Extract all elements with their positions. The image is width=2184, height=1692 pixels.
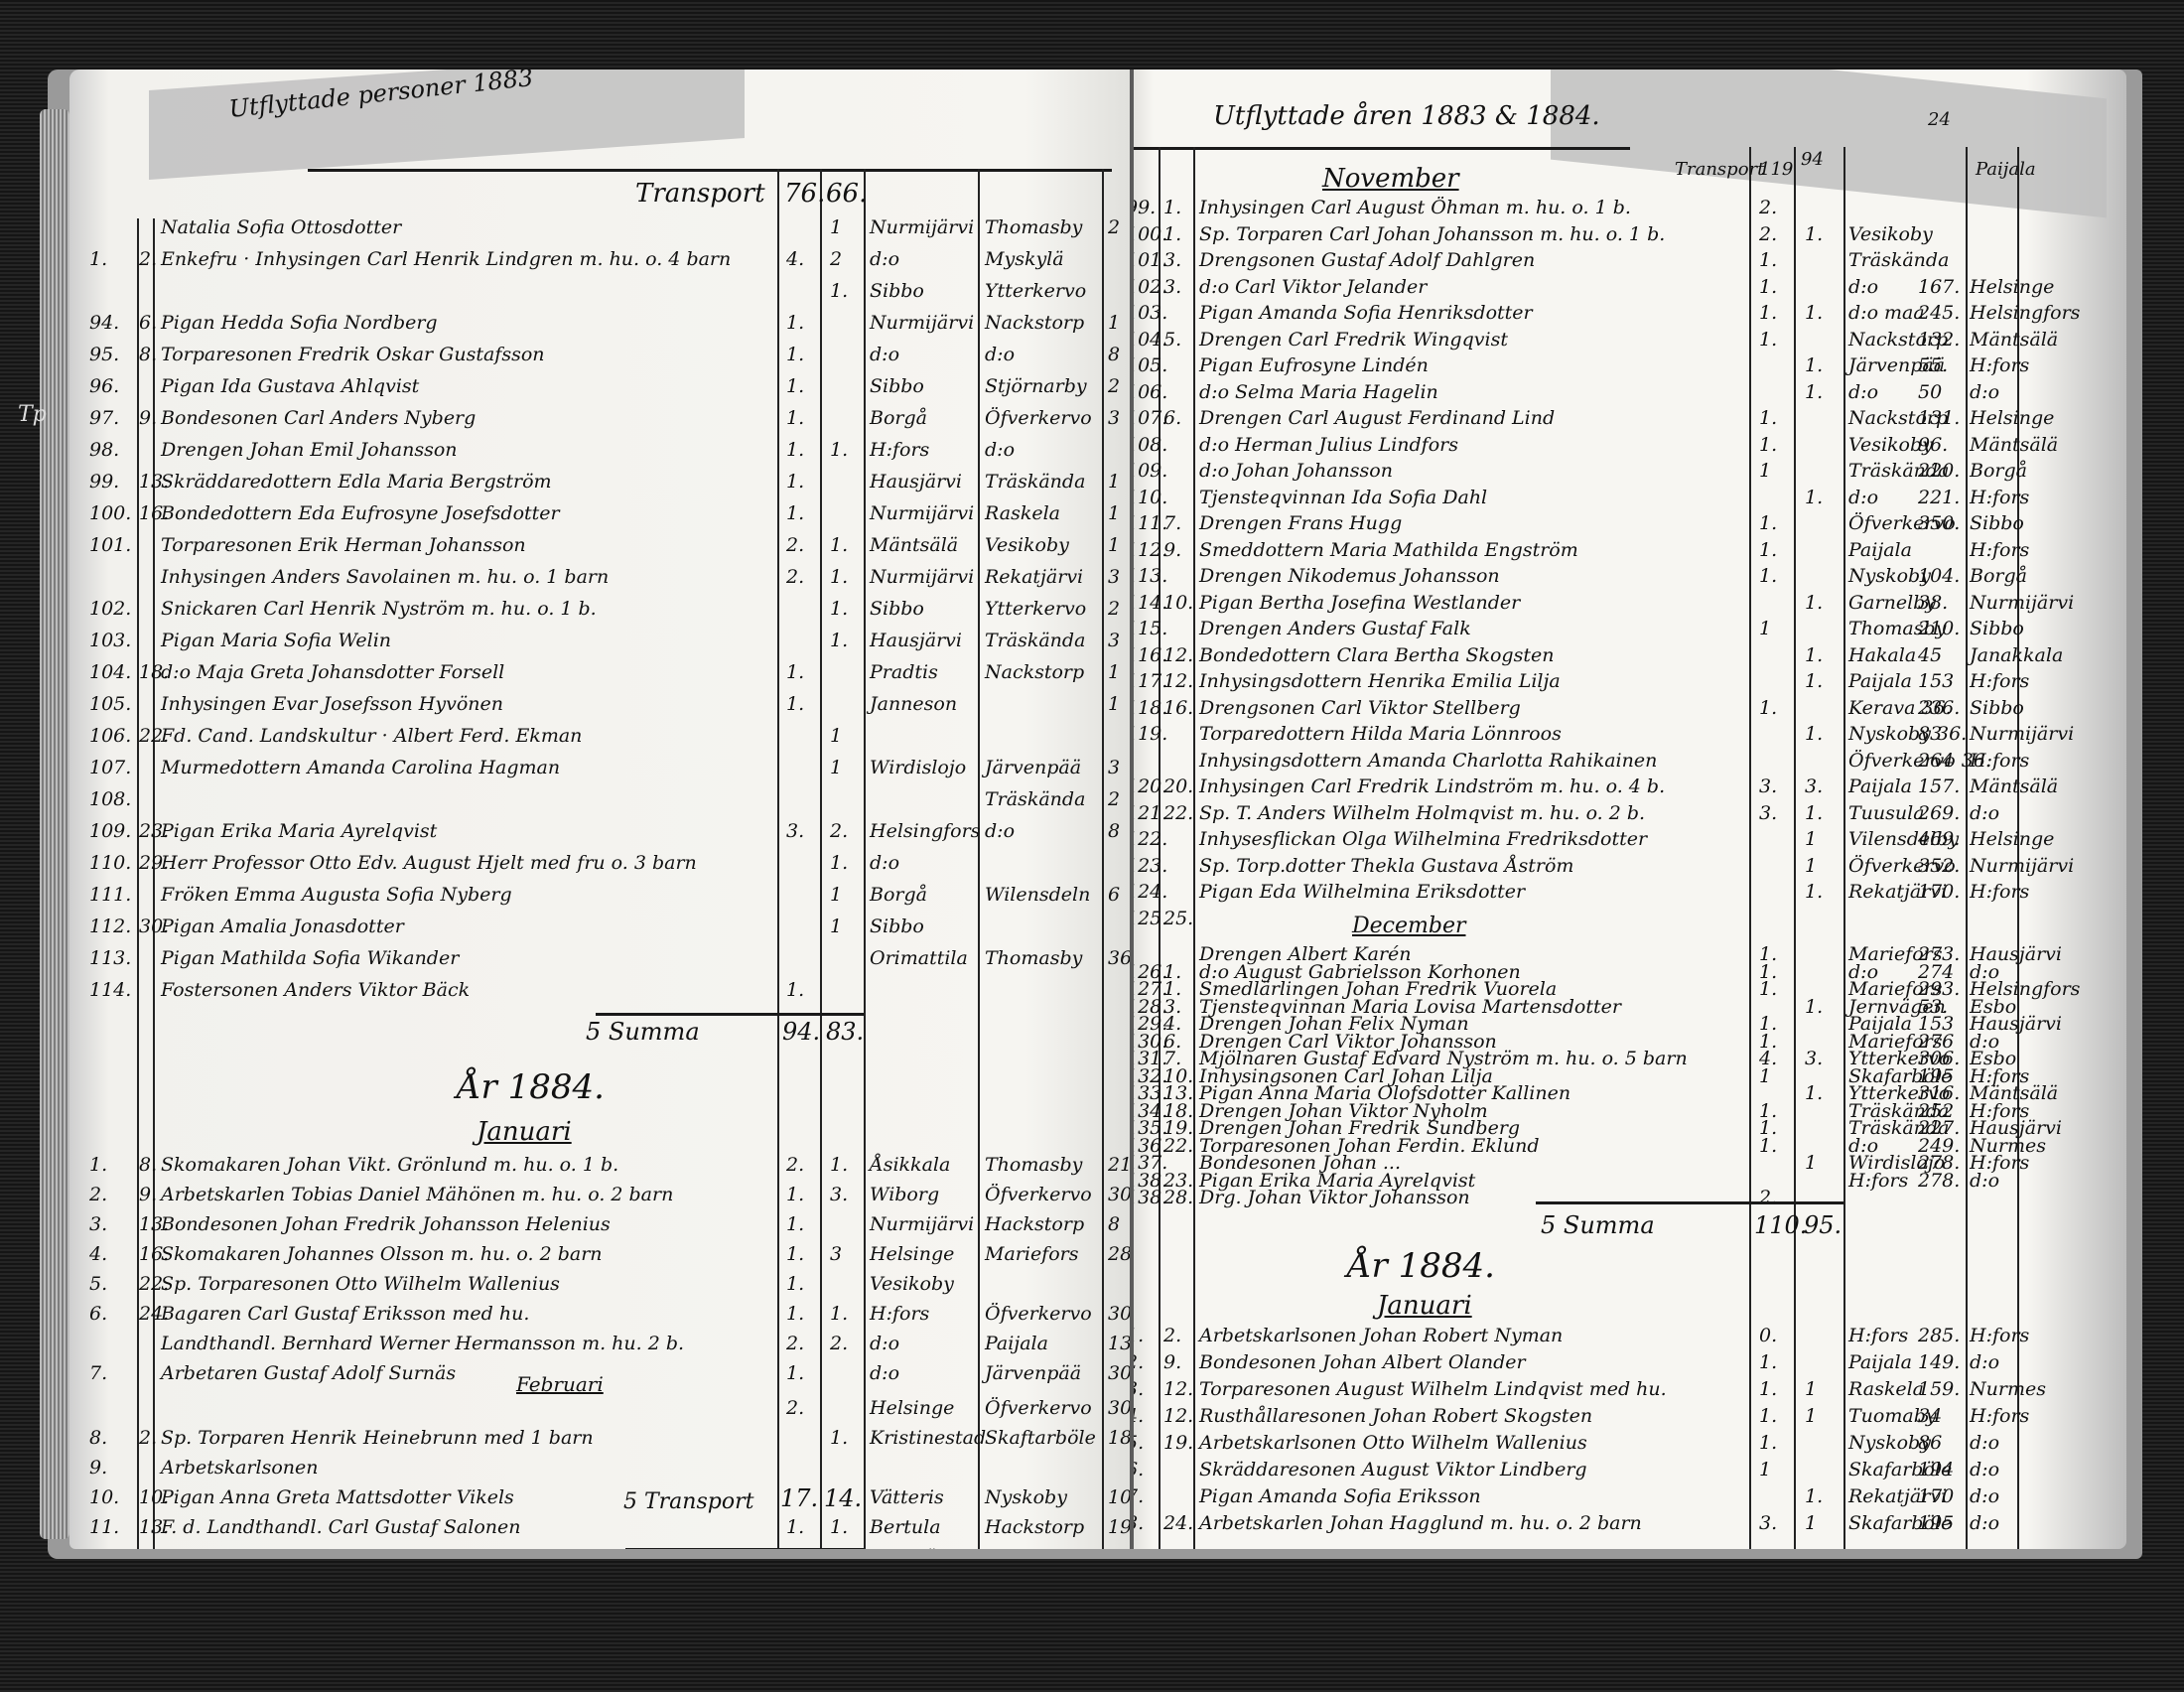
summa-col1: 110. <box>1754 1211 1807 1239</box>
ledger-row: 109.23.Pigan Erika Maria Ayrelqvist3.2.H… <box>69 818 1132 850</box>
entry-number: 122. <box>1134 828 1167 850</box>
page-title: Utflyttade åren 1883 & 1884. <box>1213 101 1600 131</box>
count-col2: 1 <box>1805 1405 1817 1427</box>
entry-from-parish: Orimattila <box>870 947 968 969</box>
transport-col2: 94 <box>1801 149 1824 170</box>
entry-to-parish: Järvenpää <box>985 1362 1081 1384</box>
count-col1: 3. <box>1759 802 1777 824</box>
entry-ref: 30 <box>1108 1362 1132 1384</box>
ledger-row: 3.13.Bondesonen Johan Fredrik Johansson … <box>69 1211 1132 1243</box>
entry-day: 22. <box>1163 802 1193 824</box>
entry-ref: 153 <box>1918 670 1954 692</box>
entry-name: Skomakaren Johannes Olsson m. hu. o. 2 b… <box>161 1243 603 1265</box>
entry-to-parish: H:fors <box>1970 1325 2029 1346</box>
year-heading: År 1884. <box>457 1067 605 1107</box>
entry-from-parish: Nurmijärvi <box>870 566 974 588</box>
count-col2: 1. <box>830 630 848 651</box>
entry-number: 3. <box>1134 1378 1144 1400</box>
entry-number: 107. <box>89 757 131 778</box>
entry-name: Arbetskarlen Johan Hagglund m. hu. o. 2 … <box>1199 1512 1642 1534</box>
count-col2: 1. <box>830 566 848 588</box>
entry-name: Drengen Johan Emil Johansson <box>161 439 458 461</box>
entry-to-parish: Sibbo <box>1970 618 2024 639</box>
entry-ref: 1 <box>1108 661 1120 683</box>
entry-from-parish: Träskända <box>1848 249 1949 271</box>
count-col1: 1. <box>786 502 804 524</box>
entry-from-parish: d:o <box>870 248 899 270</box>
count-col2: 1. <box>830 598 848 620</box>
entry-name: Skräddaresonen August Viktor Lindberg <box>1199 1459 1587 1480</box>
entry-to-parish: Ytterkervo <box>985 280 1086 302</box>
count-col1: 1. <box>786 1516 804 1538</box>
entry-ref: 195 <box>1918 1512 1954 1534</box>
entry-day: 2. <box>139 248 157 270</box>
count-col1: 1. <box>786 407 804 429</box>
entry-name: Bagaren Carl Gustaf Eriksson med hu. <box>161 1303 529 1325</box>
entry-ref: 1 <box>1108 693 1120 715</box>
summa-label: 5 Summa <box>1541 1211 1655 1239</box>
entry-to-parish: Nackstorp <box>985 312 1084 334</box>
entry-ref: 1 <box>1108 312 1120 334</box>
entry-day: 3. <box>1163 249 1181 271</box>
entry-number: 101. <box>89 534 131 556</box>
ledger-row: 99.13.Skräddaredottern Edla Maria Bergst… <box>69 469 1132 500</box>
entry-name: Inhysingen Carl Fredrik Lindström m. hu.… <box>1199 775 1665 797</box>
count-col1: 2. <box>786 1397 804 1419</box>
entry-number: 5. <box>1134 1432 1144 1454</box>
ledger-row: 95.8.Torparesonen Fredrik Oskar Gustafss… <box>69 342 1132 373</box>
entry-ref: 269. <box>1918 802 1960 824</box>
entry-to-parish: d:o <box>1970 1351 1999 1373</box>
entry-name: Torparesonen Erik Herman Johansson <box>161 534 526 556</box>
count-col1: 1. <box>786 439 804 461</box>
entry-name: Arbetskarlen Tobias Daniel Mähönen m. hu… <box>161 1184 673 1205</box>
ledger-row: Landthandl. Bernhard Werner Hermansson m… <box>69 1331 1132 1362</box>
transport-col1: 76. <box>784 179 825 209</box>
entry-number: 100. <box>89 502 131 524</box>
entry-number: 99. <box>1134 197 1156 218</box>
count-col1: 1. <box>786 1303 804 1325</box>
entry-to-parish: Janakkala <box>1970 644 2063 666</box>
entry-number: 8. <box>89 1427 107 1449</box>
entry-day: 12. <box>1163 1405 1193 1427</box>
ledger-row: 100.16.Bondedottern Eda Eufrosyne Josefs… <box>69 500 1132 532</box>
entry-name: d:o Selma Maria Hagelin <box>1199 381 1438 403</box>
entry-to-parish: Wilensdeln <box>985 884 1090 906</box>
entry-number: 114. <box>89 979 131 1001</box>
entry-ref: 469. <box>1918 828 1960 850</box>
entry-to-parish: Sibbo <box>1970 512 2024 534</box>
entry-ref: 352. <box>1918 855 1960 877</box>
entry-ref: 21 <box>1108 1154 1132 1176</box>
count-col1: 1. <box>1759 1378 1777 1400</box>
count-col1: 4. <box>786 248 804 270</box>
entry-day: 12. <box>1163 670 1193 692</box>
page-edges <box>40 109 69 1539</box>
entry-from-parish: Hausjärvi <box>870 471 962 493</box>
count-col1: 1. <box>1759 565 1777 587</box>
entry-to-parish: d:o <box>1970 381 1999 403</box>
entry-name: Pigan Bertha Josefina Westlander <box>1199 592 1520 614</box>
ledger-row: 104.18.d:o Maja Greta Johansdotter Forse… <box>69 659 1132 691</box>
entry-name: Natalia Sofia Ottosdotter <box>161 216 401 238</box>
count-col1: 1. <box>1759 249 1777 271</box>
transport-label: Transport <box>1675 159 1764 180</box>
entry-day: 1. <box>1163 223 1181 245</box>
entry-number: 96. <box>89 375 119 397</box>
entry-name: Pigan Ida Gustava Ahlqvist <box>161 375 419 397</box>
ledger-row: 12.22.Torparedottern Maria Christina Joe… <box>69 1544 1132 1549</box>
ledger-row: 112.30.Pigan Amalia Jonasdotter1Sibbo <box>69 914 1132 945</box>
entry-to-parish: Mäntsälä <box>1970 329 2058 351</box>
ledger-row: 4.16.Skomakaren Johannes Olsson m. hu. o… <box>69 1241 1132 1273</box>
entry-from-parish: Sibbo <box>870 375 924 397</box>
count-col2: 1 <box>1805 855 1817 877</box>
entry-number: 110. <box>1134 487 1167 508</box>
count-col1: 1 <box>1759 1459 1771 1480</box>
entry-name: Arbetaren Gustaf Adolf Surnäs <box>161 1362 456 1384</box>
count-col1: 3. <box>1759 775 1777 797</box>
entry-name: Inhysingsdottern Amanda Charlotta Rahika… <box>1199 750 1657 772</box>
summa-col2: 95. <box>1804 1211 1842 1239</box>
entry-name: Pigan Amanda Sofia Eriksson <box>1199 1485 1481 1507</box>
entry-name: Skräddaredottern Edla Maria Bergström <box>161 471 552 493</box>
entry-number: 109. <box>1134 460 1167 482</box>
entry-to-parish: Vesikoby <box>985 534 1069 556</box>
entry-from-parish: Nurmijärvi <box>870 312 974 334</box>
count-col2: 1. <box>830 439 848 461</box>
entry-day: 8. <box>139 1154 157 1176</box>
entry-name: Fröken Emma Augusta Sofia Nyberg <box>161 884 512 906</box>
count-col2: 3. <box>1805 775 1823 797</box>
entry-from-parish: Borgå <box>870 407 927 429</box>
entry-from-parish: Borgå <box>870 884 927 906</box>
entry-from-parish: Nurmijärvi <box>870 216 974 238</box>
entry-to-parish: H:fors <box>1970 354 2029 376</box>
count-col1: 1. <box>1759 434 1777 456</box>
count-col1: 1. <box>1759 407 1777 429</box>
count-col1: 1. <box>1759 302 1777 324</box>
count-col2: 1. <box>1805 302 1823 324</box>
count-col1: 1. <box>786 471 804 493</box>
count-col1: 1. <box>1759 539 1777 561</box>
entry-ref: 86 <box>1918 1432 1942 1454</box>
ledger-row: Natalia Sofia Ottosdotter1NurmijärviThom… <box>69 214 1132 246</box>
entry-from-parish: Kristinestad <box>870 1427 986 1449</box>
count-col2: 1. <box>1805 487 1823 508</box>
month-february: Februari <box>516 1372 604 1396</box>
entry-name: d:o Herman Julius Lindfors <box>1199 434 1458 456</box>
ledger-row: 125.25. <box>1134 906 2126 937</box>
entry-to-parish: Helsinge <box>1970 276 2054 298</box>
entry-number: 113. <box>89 947 131 969</box>
ledger-row: 1.SibboYtterkervo <box>69 278 1132 310</box>
entry-from-parish: Janneson <box>870 693 957 715</box>
summa-rule <box>1536 1201 1843 1204</box>
entry-ref: 149. <box>1918 1351 1960 1373</box>
entry-ref: 236. <box>1918 697 1960 719</box>
count-col2: 1. <box>830 1516 848 1538</box>
summa-col1: 94. <box>782 1018 820 1046</box>
entry-name: Torparedottern Hilda Maria Lönnroos <box>1199 723 1562 745</box>
count-col2: 1. <box>1805 381 1823 403</box>
entry-ref: 2 <box>1108 216 1120 238</box>
entry-name: Smeddottern Maria Mathilda Engström <box>1199 539 1578 561</box>
entry-from-parish: d:o <box>1848 276 1878 298</box>
entry-to-parish: H:fors <box>1970 670 2029 692</box>
entry-ref: 170 <box>1918 1485 1954 1507</box>
entry-from-parish: d:o <box>1848 381 1878 403</box>
entry-name: Pigan Erika Maria Ayrelqvist <box>161 820 437 842</box>
entry-to-parish: Mariefors <box>985 1243 1079 1265</box>
entry-number: 2. <box>1134 1351 1144 1373</box>
ledger-row: 102.Snickaren Carl Henrik Nyström m. hu.… <box>69 596 1132 628</box>
entry-name: Torparesonen August Wilhelm Lindqvist me… <box>1199 1378 1667 1400</box>
entry-to-parish: Raskela <box>985 502 1060 524</box>
transport-col1: 119 <box>1759 159 1793 180</box>
entry-from-parish: Paijala <box>1848 1351 1912 1373</box>
count-col2: 1 <box>1805 828 1817 850</box>
count-col1: 1. <box>1759 1351 1777 1373</box>
entry-name: Enkefru · Inhysingen Carl Henrik Lindgre… <box>161 248 731 270</box>
page-number: 24 <box>1928 109 1951 130</box>
entry-to-parish: H:fors <box>1970 539 2029 561</box>
entry-to-parish: d:o <box>985 344 1015 365</box>
entry-to-parish: d:o <box>985 820 1015 842</box>
entry-to-parish: Träskända <box>985 788 1085 810</box>
entry-ref: 132. <box>1918 329 1960 351</box>
ledger-row: 11.13.F. d. Landthandl. Carl Gustaf Salo… <box>69 1514 1132 1546</box>
count-col1: 1. <box>786 312 804 334</box>
entry-name: F. d. Landthandl. Carl Gustaf Salonen <box>161 1516 520 1538</box>
entry-from-parish: Tuusula <box>1848 802 1925 824</box>
entry-name: Rusthållaresonen Johan Robert Skogsten <box>1199 1405 1592 1427</box>
entry-ref: 1 <box>1108 471 1120 493</box>
entry-name: Drengen Frans Hugg <box>1199 512 1402 534</box>
count-col1: 1 <box>1759 460 1771 482</box>
ledger-row: 105.Inhysingen Evar Josefsson Hyvönen1.J… <box>69 691 1132 723</box>
count-col2: 1. <box>1805 670 1823 692</box>
entry-day: 16. <box>1163 697 1193 719</box>
entry-ref: 28 <box>1108 1546 1132 1549</box>
entry-name: Inhysingsdottern Henrika Emilia Lilja <box>1199 670 1561 692</box>
entry-name: Fd. Cand. Landskultur · Albert Ferd. Ekm… <box>161 725 582 747</box>
entry-ref: 8 <box>1108 344 1120 365</box>
entry-name: Drengen Carl Fredrik Wingqvist <box>1199 329 1508 351</box>
count-col1: 1. <box>786 1243 804 1265</box>
entry-to-parish: Öfverkervo <box>985 1397 1092 1419</box>
entry-to-parish: Nyskoby <box>985 1486 1067 1508</box>
entry-number: 113. <box>1134 565 1167 587</box>
entry-number: 2. <box>89 1184 107 1205</box>
count-col2: 1 <box>830 757 842 778</box>
entry-number: 9. <box>89 1457 107 1479</box>
entry-number: 124. <box>1134 881 1167 903</box>
entry-day: 9. <box>1163 539 1181 561</box>
entry-to-parish: Borgå <box>1970 460 2027 482</box>
entry-to-parish: Hackstorp <box>985 1213 1084 1235</box>
transport-footer-label: 5 Transport <box>623 1489 753 1514</box>
entry-ref: 8 <box>1108 1213 1120 1235</box>
entry-to-parish: Nurmijärvi <box>1970 592 2074 614</box>
count-col1: 1 <box>1759 618 1771 639</box>
entry-name: Drengsonen Carl Viktor Stellberg <box>1199 697 1521 719</box>
entry-from-parish: H:fors <box>870 1303 929 1325</box>
entry-to-parish: d:o <box>1970 1432 1999 1454</box>
column-heading: Paijala <box>1976 159 2036 180</box>
entry-day: 2. <box>1163 1325 1181 1346</box>
count-col1: 1. <box>786 661 804 683</box>
entry-to-parish: Träskända <box>985 471 1085 493</box>
transport-label: Transport <box>635 179 765 209</box>
count-col2: 1. <box>1805 644 1823 666</box>
entry-to-parish: d:o <box>1970 1459 1999 1480</box>
entry-ref: 2 <box>1108 598 1120 620</box>
entry-day: 24. <box>1163 1512 1193 1534</box>
entry-number: 109. <box>89 820 131 842</box>
entry-ref: 3 <box>1108 407 1120 429</box>
entry-from-parish: Vesikoby <box>870 1273 954 1295</box>
entry-number: 112. <box>89 916 131 937</box>
count-col2: 1 <box>830 916 842 937</box>
entry-number: 103. <box>89 630 131 651</box>
entry-name: Arbetskarlsonen Johan Robert Nyman <box>1199 1325 1563 1346</box>
ledger-row: 2.HelsingeÖfverkervo30 <box>69 1395 1132 1427</box>
entry-number: 102. <box>89 598 131 620</box>
entry-day: 9. <box>139 407 157 429</box>
entry-number: 106. <box>1134 381 1167 403</box>
transport-footer-col1: 17. <box>780 1484 818 1512</box>
entry-to-parish: Nurmijärvi <box>1970 723 2074 745</box>
entry-from-parish: Åsikkala <box>870 1154 950 1176</box>
entry-number: 4. <box>89 1243 107 1265</box>
entry-ref: 2 <box>1108 788 1120 810</box>
entry-number: 6. <box>1134 1459 1144 1480</box>
entry-ref: 50 <box>1918 381 1942 403</box>
ledger-row: 1.2.Enkefru · Inhysingen Carl Henrik Lin… <box>69 246 1132 278</box>
entry-to-parish: Thomasby <box>985 947 1082 969</box>
entry-ref: 30 <box>1108 1184 1132 1205</box>
entry-day: 12. <box>1163 644 1193 666</box>
entry-name: Bondesonen Johan Fredrik Johansson Helen… <box>161 1213 611 1235</box>
entry-from-parish: Helsingfors <box>870 820 980 842</box>
entry-number: 10. <box>89 1486 119 1508</box>
entry-from-parish: d:o <box>870 344 899 365</box>
count-col1: 1. <box>1759 276 1777 298</box>
entry-number: 98. <box>89 439 119 461</box>
count-col2: 1. <box>830 1303 848 1325</box>
ledger-row: 97.9.Bondesonen Carl Anders Nyberg1.Borg… <box>69 405 1132 437</box>
entry-name: Herr Professor Otto Edv. August Hjelt me… <box>161 852 697 874</box>
entry-to-parish: Stjörnarby <box>985 375 1087 397</box>
ledger-row: 114.Fostersonen Anders Viktor Bäck1. <box>69 977 1132 1009</box>
count-col1: 1. <box>786 1213 804 1235</box>
entry-ref: 245. <box>1918 302 1960 324</box>
entry-name: Inhysingen Evar Josefsson Hyvönen <box>161 693 503 715</box>
month-january: Januari <box>1377 1291 1472 1321</box>
entry-to-parish: Rekatjärvi <box>985 566 1083 588</box>
entry-from-parish: Hakala <box>1848 644 1916 666</box>
entry-ref: 3 <box>1108 757 1120 778</box>
count-col2: 1 <box>1805 1512 1817 1534</box>
entry-ref: 38. <box>1918 592 1948 614</box>
entry-name: Drengsonen Gustaf Adolf Dahlgren <box>1199 249 1535 271</box>
count-col2: 3. <box>830 1184 848 1205</box>
entry-from-parish: Raskela <box>1848 1378 1924 1400</box>
ledger-row: 110.29.Herr Professor Otto Edv. August H… <box>69 850 1132 882</box>
count-col2: 1. <box>830 1427 848 1449</box>
count-col1: 1. <box>1759 329 1777 351</box>
entry-to-parish: d:o <box>1970 1512 1999 1534</box>
entry-ref: 350. <box>1918 512 1960 534</box>
entry-day: 12. <box>1163 1378 1193 1400</box>
entry-from-parish: H:fors <box>870 439 929 461</box>
entry-to-parish: Helsingfors <box>1970 302 2080 324</box>
entry-name: Drengen Nikodemus Johansson <box>1199 565 1500 587</box>
entry-day: 9. <box>1163 1351 1181 1373</box>
count-col1: 1. <box>786 979 804 1001</box>
entry-number: 123. <box>1134 855 1167 877</box>
entry-number: 7. <box>89 1362 107 1384</box>
entry-to-parish: Sibbo <box>1970 697 2024 719</box>
entry-from-parish: Hausjärvi <box>870 630 962 651</box>
count-col2: 2. <box>830 1333 848 1354</box>
count-col1: 1. <box>1759 697 1777 719</box>
entry-number: 103. <box>1134 302 1167 324</box>
count-col1: 3. <box>1759 1512 1777 1534</box>
entry-name: Inhysingen Anders Savolainen m. hu. o. 1… <box>161 566 609 588</box>
count-col1: 2. <box>786 534 804 556</box>
count-col2: 1. <box>1805 1485 1823 1507</box>
entry-ref: 10 <box>1108 1486 1132 1508</box>
entry-ref: 18 <box>1108 1427 1132 1449</box>
entry-number: 1. <box>89 1154 107 1176</box>
entry-to-parish: d:o <box>1970 802 1999 824</box>
count-col2: 1. <box>1805 723 1823 745</box>
entry-ref: 167. <box>1918 276 1960 298</box>
ledger-row: 111.Fröken Emma Augusta Sofia Nyberg1Bor… <box>69 882 1132 914</box>
header-rule <box>308 169 1112 172</box>
ledger-row: 9.Arbetskarlsonen <box>69 1455 1132 1486</box>
entry-name: Sp. T. Anders Wilhelm Holmqvist m. hu. o… <box>1199 802 1645 824</box>
entry-to-parish: Mariefors <box>985 1546 1079 1549</box>
entry-day: 5. <box>1163 329 1181 351</box>
entry-to-parish: Thomasby <box>985 216 1082 238</box>
entry-to-parish: Myskylä <box>985 248 1064 270</box>
entry-to-parish: Järvenpää <box>985 757 1081 778</box>
margin-note: Tp <box>18 402 47 427</box>
count-col1: 2. <box>1759 197 1777 218</box>
entry-day: 28. <box>1163 1187 1193 1208</box>
entry-to-parish: Helsinge <box>1970 407 2054 429</box>
entry-name: Pigan Eda Wilhelmina Eriksdotter <box>1199 881 1525 903</box>
entry-name: Drengen Anders Gustaf Falk <box>1199 618 1471 639</box>
entry-ref: 13 <box>1108 1333 1132 1354</box>
entry-name: Pigan Maria Sofia Welin <box>161 630 391 651</box>
count-col2: 1. <box>1805 223 1823 245</box>
ledger-row: 8.2.Sp. Torparen Henrik Heinebrunn med 1… <box>69 1425 1132 1457</box>
year-heading: År 1884. <box>1347 1246 1495 1286</box>
entry-ref: 30 <box>1108 1397 1132 1419</box>
entry-number: 99. <box>89 471 119 493</box>
entry-ref: 6 <box>1108 884 1120 906</box>
ledger-row: 6.24.Bagaren Carl Gustaf Eriksson med hu… <box>69 1301 1132 1333</box>
entry-ref: 1 <box>1108 534 1120 556</box>
entry-name: Bondesonen Johan Albert Olander <box>1199 1351 1526 1373</box>
entry-from-parish: d:o <box>1848 487 1878 508</box>
entry-number: 95. <box>89 344 119 365</box>
entry-ref: 19 <box>1108 1516 1132 1538</box>
